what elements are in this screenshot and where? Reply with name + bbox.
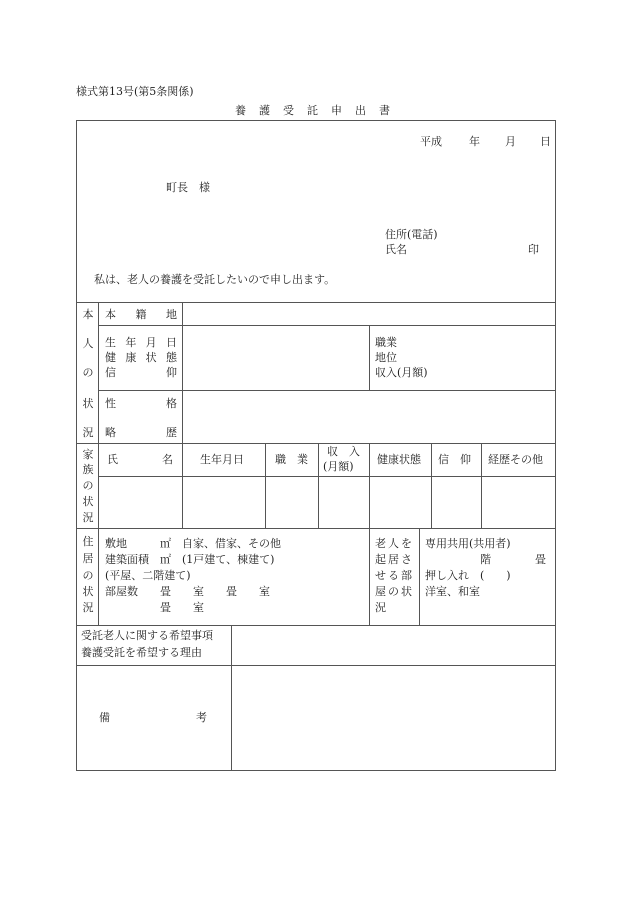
label-char: 状: [80, 586, 96, 597]
family-income-field[interactable]: [319, 477, 369, 527]
housing-rooms-line: 部屋数 畳 室 畳 室: [105, 586, 270, 597]
label-char: 状: [80, 398, 96, 409]
label-char: 況: [80, 602, 96, 613]
label-char: 歴: [166, 427, 177, 438]
label-char: 略: [105, 427, 116, 438]
label-char: 月: [146, 337, 157, 348]
family-col-birthdate: 生年月日: [200, 454, 244, 465]
history-label: 略 歴: [105, 427, 177, 438]
form-title: 養 護 受 託 申 出 書: [235, 105, 391, 116]
label-char: の: [80, 480, 96, 491]
label-char: 年: [125, 337, 136, 348]
room-label-line: せる部: [375, 570, 414, 581]
wishes-label-line2: 養護受託を希望する理由: [81, 647, 202, 658]
label-char: 格: [166, 398, 177, 409]
family-col-occupation: 職 業: [275, 454, 308, 465]
room-floor-line: 階 畳: [425, 554, 546, 565]
family-health-field[interactable]: [370, 477, 431, 527]
birth-health-religion-field[interactable]: [183, 326, 368, 389]
wishes-field[interactable]: [232, 626, 555, 665]
label-char: 性: [105, 398, 116, 409]
birth-date-label: 生 年 月 日: [105, 337, 177, 348]
family-col-religion: 信 仰: [438, 454, 471, 465]
housing-site-line: 敷地 ㎡ 自家、借家、その他: [105, 538, 281, 549]
label-char: 地: [166, 309, 177, 320]
label-char: 生: [105, 337, 116, 348]
religion-label: 信 仰: [105, 367, 177, 378]
divider: [76, 443, 556, 444]
label-char: 本: [105, 309, 116, 320]
label-char: 況: [80, 427, 96, 438]
label-char: 備: [99, 712, 110, 723]
family-name-field[interactable]: [99, 477, 182, 527]
housing-stories-line: (平屋、二階建て): [105, 570, 191, 581]
position-label: 地位: [375, 352, 397, 363]
family-col-name: 氏 名: [107, 454, 173, 465]
date-month: 月: [505, 136, 516, 147]
health-label: 健 康 状 態: [105, 352, 177, 363]
label-char: 家: [80, 449, 96, 460]
label-char: 信: [105, 367, 116, 378]
room-type-line: 洋室、和室: [425, 586, 480, 597]
wishes-label-line1: 受託老人に関する希望事項: [81, 630, 213, 641]
housing-rooms-line-2: 畳 室: [105, 602, 204, 613]
housing-floor-area-line: 建築面積 ㎡ (1戸建て、棟建て): [105, 554, 274, 565]
addressee: 町長 様: [166, 182, 210, 193]
name-label: 氏名: [385, 244, 407, 255]
family-col-income-line1: 収 入: [327, 446, 360, 457]
room-label-line: 起居さ: [375, 554, 414, 565]
domicile-label: 本 籍 地: [105, 309, 177, 320]
room-usage-line: 専用共用(共用者): [425, 538, 511, 549]
address-label: 住所(電話): [385, 229, 438, 240]
family-col-health: 健康状態: [377, 454, 421, 465]
remarks-field[interactable]: [232, 666, 555, 770]
room-label-line: 況: [375, 602, 388, 613]
seal-mark: 印: [528, 244, 539, 255]
family-religion-field[interactable]: [432, 477, 481, 527]
form-number: 様式第13号(第5条関係): [76, 86, 194, 97]
room-label-line: 老人を: [375, 538, 414, 549]
label-char: 日: [166, 337, 177, 348]
date-era: 平成: [420, 136, 442, 147]
occupation-label: 職業: [375, 337, 397, 348]
divider: [369, 325, 370, 390]
family-col-history: 経歴その他: [488, 454, 543, 465]
character-history-field[interactable]: [183, 391, 555, 442]
label-char: 住: [80, 536, 96, 547]
label-char: の: [80, 570, 96, 581]
label-char: 本: [80, 309, 96, 320]
family-occupation-field[interactable]: [266, 477, 318, 527]
remarks-label: 備 考: [99, 712, 207, 723]
label-char: 態: [166, 352, 177, 363]
label-char: 籍: [136, 309, 147, 320]
label-char: 況: [80, 512, 96, 523]
room-closet-line: 押し入れ ( ): [425, 570, 511, 581]
divider: [369, 443, 370, 625]
family-col-income-line2: (月額): [323, 461, 354, 472]
label-char: 考: [196, 712, 207, 723]
family-birthdate-field[interactable]: [183, 477, 265, 527]
divider: [419, 528, 420, 625]
label-char: 仰: [166, 367, 177, 378]
divider: [98, 302, 99, 625]
label-char: 人: [80, 338, 96, 349]
domicile-field[interactable]: [183, 303, 555, 325]
room-label-line: 屋の状: [375, 586, 414, 597]
label-char: 状: [80, 496, 96, 507]
income-label: 収入(月額): [375, 367, 428, 378]
character-label: 性 格: [105, 398, 177, 409]
label-char: の: [80, 367, 96, 378]
divider: [76, 528, 556, 529]
family-history-field[interactable]: [482, 477, 555, 527]
label-char: 族: [80, 464, 96, 475]
label-char: 健: [105, 352, 116, 363]
date-year: 年: [469, 136, 480, 147]
label-char: 康: [125, 352, 136, 363]
label-char: 状: [146, 352, 157, 363]
label-char: 居: [80, 553, 96, 564]
date-day: 日: [540, 136, 551, 147]
statement: 私は、老人の養護を受託したいので申し出ます。: [94, 274, 335, 285]
